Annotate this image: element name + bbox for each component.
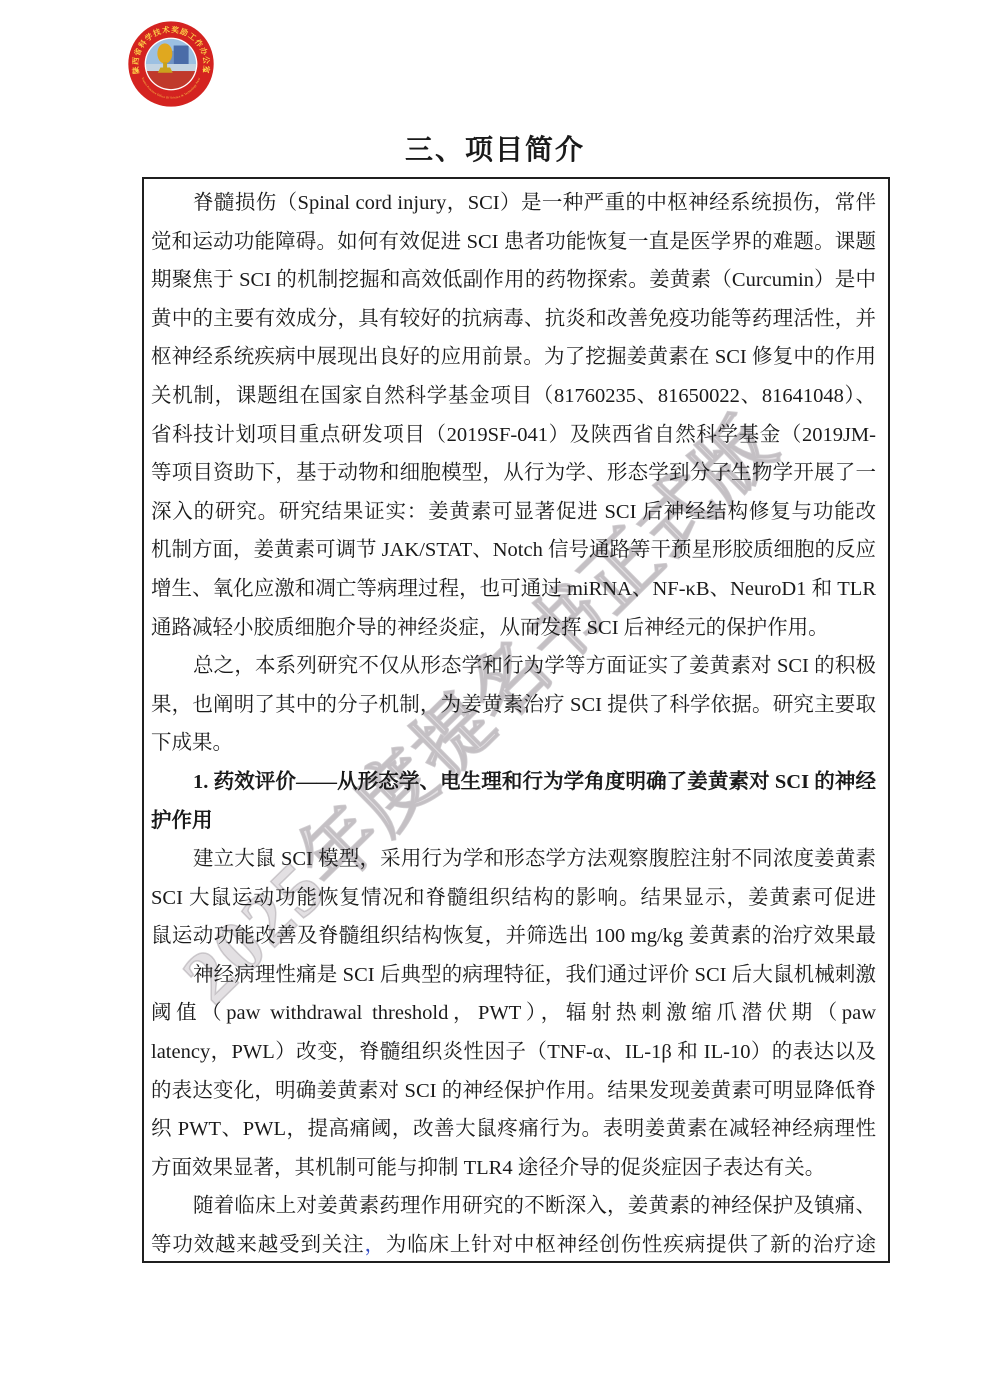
paragraph: 随着临床上对姜黄素药理作用研究的不断深入，姜黄素的神经保护及镇痛、抗炎等功效越来…	[151, 1187, 876, 1264]
text-line: 期聚焦于 SCI 的机制挖掘和高效低副作用的药物探索。姜黄素（Curcumin）…	[151, 261, 876, 300]
paragraph: 神经病理性痛是 SCI 后典型的病理特征，我们通过评价 SCI 后大鼠机械刺激缩…	[151, 956, 876, 1188]
text-line: 省科技计划项目重点研发项目（2019SF-041）及陕西省自然科学基金（2019…	[151, 416, 876, 455]
text-line: 的表达变化，明确姜黄素对 SCI 的神经保护作用。结果发现姜黄素可明显降低脊髓组	[151, 1072, 876, 1111]
text-line: 关机制，课题组在国家自然科学基金项目（81760235、81650022、816…	[151, 377, 876, 416]
text-run: 等功效越来越受到关注	[151, 1234, 364, 1256]
text-line: 通路减轻小胶质细胞介导的神经炎症，从而发挥 SCI 后神经元的保护作用。	[151, 609, 876, 648]
text-line: 觉和运动功能障碍。如何有效促进 SCI 患者功能恢复一直是医学界的难题。课题组长	[151, 223, 876, 262]
paragraph: 脊髓损伤（Spinal cord injury，SCI）是一种严重的中枢神经系统…	[151, 184, 876, 647]
text-line: 方面效果显著，其机制可能与抑制 TLR4 途径介导的促炎症因子表达有关。	[151, 1149, 876, 1188]
text-line: 等项目资助下，基于动物和细胞模型，从行为学、形态学到分子生物学开展了一系列	[151, 454, 876, 493]
paragraph: 建立大鼠 SCI 模型，采用行为学和形态学方法观察腹腔注射不同浓度姜黄素对SCI…	[151, 840, 876, 956]
paragraph: 1. 药效评价——从形态学、电生理和行为学角度明确了姜黄素对 SCI 的神经保护…	[151, 763, 876, 840]
text-line: 织 PWT、PWL，提高痛阈，改善大鼠疼痛行为。表明姜黄素在减轻神经病理性疼痛	[151, 1110, 876, 1149]
text-line: 果，也阐明了其中的分子机制，为姜黄素治疗 SCI 提供了科学依据。研究主要取得以	[151, 686, 876, 725]
text-line: 黄中的主要有效成分，具有较好的抗病毒、抗炎和改善免疫功能等药理活性，并在中	[151, 300, 876, 339]
text-line: 阈值（paw withdrawal threshold，PWT），辐射热刺激缩爪…	[151, 994, 876, 1033]
text-line: SCI 大鼠运动功能恢复情况和脊髓组织结构的影响。结果显示，姜黄素可促进 SCI…	[151, 879, 876, 918]
text-line: 枢神经系统疾病中展现出良好的应用前景。为了挖掘姜黄素在 SCI 修复中的作用及相	[151, 338, 876, 377]
text-line: 护作用	[151, 802, 876, 841]
text-line: 随着临床上对姜黄素药理作用研究的不断深入，姜黄素的神经保护及镇痛、抗炎	[151, 1187, 876, 1226]
text-line: 下成果。	[151, 724, 876, 763]
page-title: 三、项目简介	[0, 128, 990, 168]
building-icon	[174, 46, 189, 65]
text-line: 鼠运动功能改善及脊髓组织结构恢复，并筛选出 100 mg/kg 姜黄素的治疗效果…	[151, 917, 876, 956]
star-icon: ★	[202, 68, 207, 74]
text-line: 总之，本系列研究不仅从形态学和行为学等方面证实了姜黄素对 SCI 的积极效	[151, 647, 876, 686]
text-line: 建立大鼠 SCI 模型，采用行为学和形态学方法观察腹腔注射不同浓度姜黄素对	[151, 840, 876, 879]
text-line: 神经病理性痛是 SCI 后典型的病理特征，我们通过评价 SCI 后大鼠机械刺激缩…	[151, 956, 876, 995]
trophy-icon	[157, 43, 172, 63]
content-box: 脊髓损伤（Spinal cord injury，SCI）是一种严重的中枢神经系统…	[142, 177, 890, 1263]
text-line: 增生、氧化应激和凋亡等病理过程，也可通过 miRNA、NF-κB、NeuroD1…	[151, 570, 876, 609]
star-icon: ★	[135, 68, 140, 74]
highlighted-punctuation: ，	[364, 1234, 385, 1256]
text-line: 深入的研究。研究结果证实：姜黄素可显著促进 SCI 后神经结构修复与功能改善。在	[151, 493, 876, 532]
text-line: 等功效越来越受到关注，为临床上针对中枢神经创伤性疾病提供了新的治疗途径。	[151, 1226, 876, 1265]
trophy-base	[158, 68, 173, 73]
trophy-stem	[163, 62, 167, 68]
paragraph: 总之，本系列研究不仅从形态学和行为学等方面证实了姜黄素对 SCI 的积极效果，也…	[151, 647, 876, 763]
text-line: 脊髓损伤（Spinal cord injury，SCI）是一种严重的中枢神经系统…	[151, 184, 876, 223]
text-line: 机制方面，姜黄素可调节 JAK/STAT、Notch 信号通路等干预星形胶质细胞…	[151, 531, 876, 570]
org-seal-logo: 陕西省科学技术奖励工作办公室 Shaanxi Province Office O…	[127, 20, 215, 108]
text-line: 1. 药效评价——从形态学、电生理和行为学角度明确了姜黄素对 SCI 的神经保	[151, 763, 876, 802]
text-line: latency，PWL）改变，脊髓组织炎性因子（TNF-α、IL-1β 和 IL…	[151, 1033, 876, 1072]
